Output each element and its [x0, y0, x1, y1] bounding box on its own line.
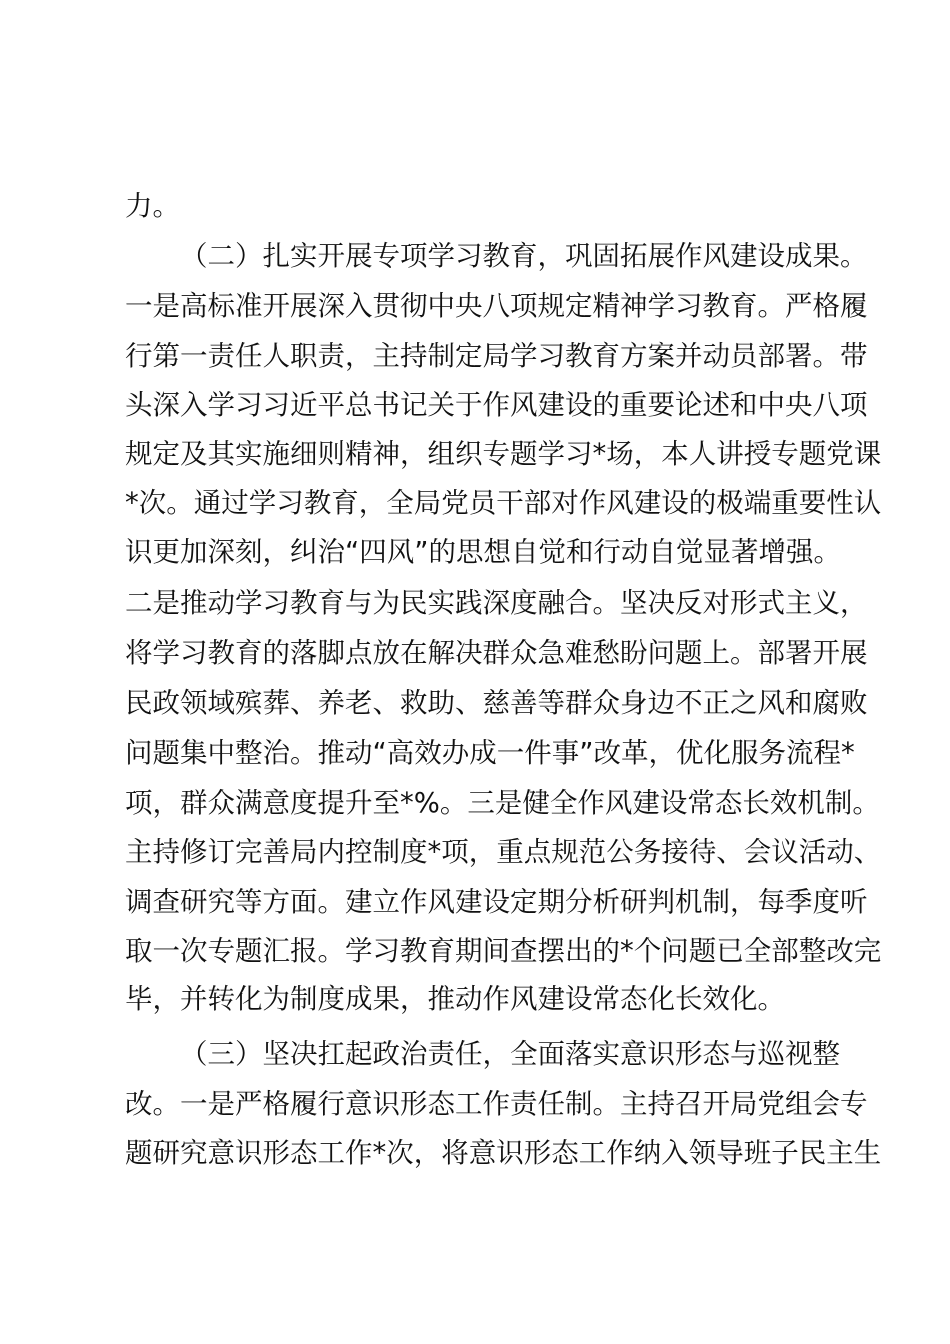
paragraph-line: 项，群众满意度提升至*%。三是健全作风建设常态长效机制。 — [125, 785, 835, 821]
paragraph-line: 改。一是严格履行意识形态工作责任制。主持召开局党组会专 — [125, 1086, 835, 1122]
paragraph-line: 规定及其实施细则精神，组织专题学习*场，本人讲授专题党课 — [125, 436, 835, 472]
paragraph-line: 力。 — [125, 188, 835, 224]
paragraph-line: 识更加深刻，纠治“四风”的思想自觉和行动自觉显著增强。 — [125, 534, 835, 570]
paragraph-line: 将学习教育的落脚点放在解决群众急难愁盼问题上。部署开展 — [125, 635, 835, 671]
paragraph-line: *次。通过学习教育，全局党员干部对作风建设的极端重要性认 — [125, 485, 835, 521]
section-heading-3: （三）坚决扛起政治责任，全面落实意识形态与巡视整 — [180, 1036, 835, 1072]
paragraph-line: 取一次专题汇报。学习教育期间查摆出的*个问题已全部整改完 — [125, 933, 835, 969]
section-heading-2: （二）扎实开展专项学习教育，巩固拓展作风建设成果。 — [180, 238, 835, 274]
paragraph-line: 调查研究等方面。建立作风建设定期分析研判机制，每季度听 — [125, 884, 835, 920]
paragraph-line: 问题集中整治。推动“高效办成一件事”改革，优化服务流程* — [125, 735, 835, 771]
paragraph-line: 二是推动学习教育与为民实践深度融合。坚决反对形式主义， — [125, 585, 835, 621]
paragraph-line: 头深入学习习近平总书记关于作风建设的重要论述和中央八项 — [125, 387, 835, 423]
paragraph-line: 行第一责任人职责，主持制定局学习教育方案并动员部署。带 — [125, 338, 835, 374]
paragraph-line: 民政领域殡葬、养老、救助、慈善等群众身边不正之风和腐败 — [125, 685, 835, 721]
paragraph-line: 主持修订完善局内控制度*项，重点规范公务接待、会议活动、 — [125, 834, 835, 870]
paragraph-line: 题研究意识形态工作*次，将意识形态工作纳入领导班子民主生 — [125, 1135, 835, 1171]
paragraph-line: 毕，并转化为制度成果，推动作风建设常态化长效化。 — [125, 981, 835, 1017]
document-page: 力。 （二）扎实开展专项学习教育，巩固拓展作风建设成果。 一是高标准开展深入贯彻… — [0, 0, 950, 1344]
paragraph-line: 一是高标准开展深入贯彻中央八项规定精神学习教育。严格履 — [125, 288, 835, 324]
